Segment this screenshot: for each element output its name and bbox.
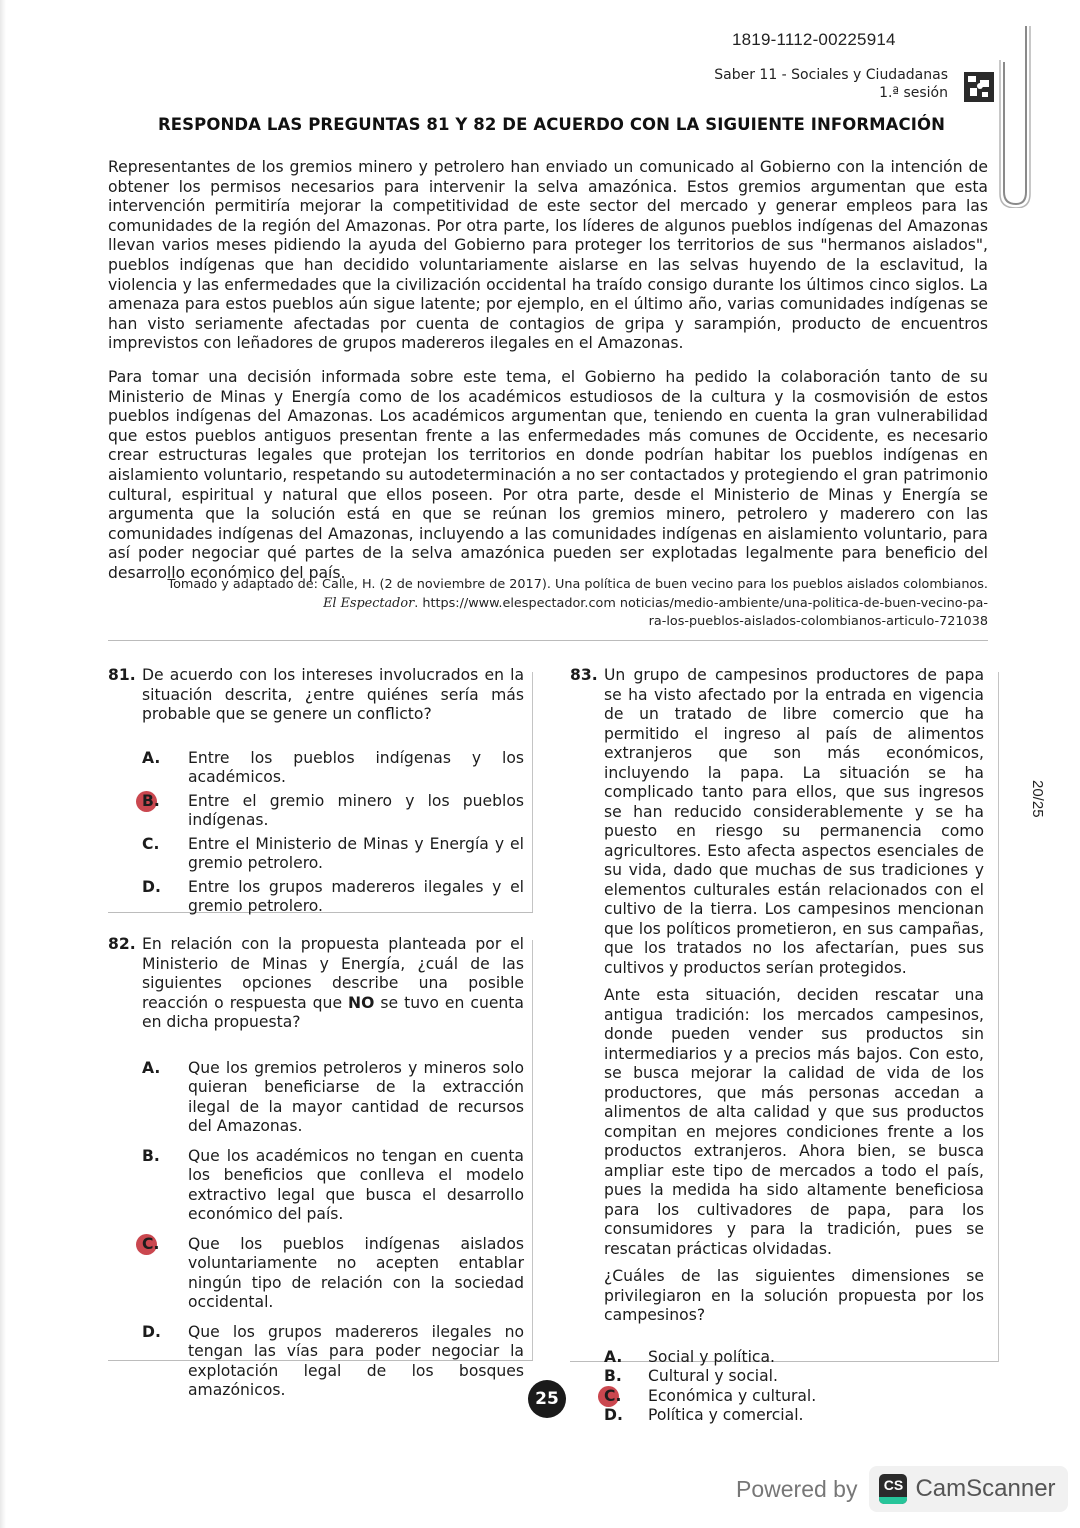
option-b[interactable]: B. Que los académicos no tengan en cuent… xyxy=(142,1147,524,1225)
question-83-context: Ante esta situación, deciden rescatar un… xyxy=(570,986,984,1259)
passage-paragraph-1: Representantes de los gremios minero y p… xyxy=(108,158,988,354)
option-letter: C. xyxy=(142,1235,188,1313)
citation-line-1: Tomado y adaptado de: Calle, H. (2 de no… xyxy=(160,576,988,595)
source-citation: Tomado y adaptado de: Calle, H. (2 de no… xyxy=(160,576,988,632)
section-divider xyxy=(108,640,988,641)
citation-line-2: El Espectador. https://www.elespectador.… xyxy=(160,595,988,614)
question-82: 82. En relación con la propuesta plantea… xyxy=(108,935,524,1405)
option-letter: A. xyxy=(142,749,188,788)
option-a[interactable]: A. Entre los pueblos indígenas y los aca… xyxy=(142,749,524,788)
option-a[interactable]: A. Que los gremios petroleros y mineros … xyxy=(142,1059,524,1137)
question-number: 83. xyxy=(570,666,604,978)
question-83-stem: 83. Un grupo de campesinos productores d… xyxy=(570,666,984,978)
question-81: 81. De acuerdo con los intereses involuc… xyxy=(108,666,524,921)
option-d[interactable]: D. Entre los grupos madereros ilegales y… xyxy=(142,878,524,917)
question-81-stem: 81. De acuerdo con los intereses involuc… xyxy=(108,666,524,725)
option-text: Que los académicos no tengan en cuenta l… xyxy=(188,1147,524,1225)
page-edge-shadow xyxy=(0,0,6,1528)
citation-line-3: ra-los-pueblos-aislados-colombianos-arti… xyxy=(160,613,988,632)
camscanner-badge: CS CamScanner xyxy=(869,1466,1067,1512)
option-text: Entre el Ministerio de Minas y Energía y… xyxy=(188,835,524,874)
question-number: 81. xyxy=(108,666,142,725)
option-letter: D. xyxy=(142,1323,188,1401)
option-text: Que los pueblos indígenas aislados volun… xyxy=(188,1235,524,1313)
watermark-powered-by: Powered by xyxy=(736,1476,857,1503)
question-text: De acuerdo con los intereses involucrado… xyxy=(142,666,524,725)
option-letter: B. xyxy=(142,792,188,831)
option-text: Entre los grupos madereros ilegales y el… xyxy=(188,878,524,917)
option-a[interactable]: A. Social y política. xyxy=(604,1348,984,1368)
option-c[interactable]: C. Entre el Ministerio de Minas y Energí… xyxy=(142,835,524,874)
option-letter: A. xyxy=(142,1059,188,1137)
option-letter: A. xyxy=(604,1348,648,1368)
scan-page-counter: 20/25 xyxy=(1029,780,1046,818)
question-83-options: A. Social y política. B. Cultural y soci… xyxy=(604,1348,984,1426)
page-number-badge: 25 xyxy=(528,1380,566,1418)
option-text: Que los gremios petroleros y mineros sol… xyxy=(188,1059,524,1137)
camscanner-watermark: Powered by CS CamScanner xyxy=(736,1466,1068,1512)
option-letter: C. xyxy=(604,1387,648,1407)
option-text: Cultural y social. xyxy=(648,1367,984,1387)
option-b-selected[interactable]: B. Entre el gremio minero y los pueblos … xyxy=(142,792,524,831)
exam-title: Saber 11 - Sociales y Ciudadanas 1.ª ses… xyxy=(714,66,948,102)
citation-url-part-1: . https://www.elespectador.com noticias/… xyxy=(414,596,988,611)
option-letter: D. xyxy=(142,878,188,917)
icfes-logo-icon xyxy=(962,68,998,106)
question-83: 83. Un grupo de campesinos productores d… xyxy=(570,666,984,1426)
question-83-prompt: ¿Cuáles de las siguientes dimensiones se… xyxy=(570,1267,984,1326)
paperclip-icon xyxy=(996,22,1036,208)
question-text-paragraph-1: Un grupo de campesinos productores de pa… xyxy=(604,666,984,978)
question-number: 82. xyxy=(108,935,142,1033)
watermark-brand: CamScanner xyxy=(915,1475,1055,1503)
option-text: Entre el gremio minero y los pueblos ind… xyxy=(188,792,524,831)
option-text: Entre los pueblos indígenas y los académ… xyxy=(188,749,524,788)
option-d[interactable]: D. Que los grupos madereros ilegales no … xyxy=(142,1323,524,1401)
option-letter: B. xyxy=(142,1147,188,1225)
passage-paragraph-2: Para tomar una decisión informada sobre … xyxy=(108,368,988,584)
option-b[interactable]: B. Cultural y social. xyxy=(604,1367,984,1387)
emphasis-no: NO xyxy=(348,994,374,1012)
option-text: Económica y cultural. xyxy=(648,1387,984,1407)
column-rule-right xyxy=(998,672,999,1362)
citation-source: El Espectador xyxy=(323,596,414,611)
question-text-paragraph-3: ¿Cuáles de las siguientes dimensiones se… xyxy=(604,1267,984,1326)
question-82-options: A. Que los gremios petroleros y mineros … xyxy=(142,1059,524,1401)
instruction-heading: RESPONDA LAS PREGUNTAS 81 Y 82 DE ACUERD… xyxy=(158,115,945,134)
option-d[interactable]: D. Política y comercial. xyxy=(604,1406,984,1426)
option-text: Social y política. xyxy=(648,1348,984,1368)
option-letter: C. xyxy=(142,835,188,874)
exam-subject: Saber 11 - Sociales y Ciudadanas xyxy=(714,66,948,84)
option-letter: B. xyxy=(604,1367,648,1387)
option-text: Que los grupos madereros ilegales no ten… xyxy=(188,1323,524,1401)
column-rule-left-q82 xyxy=(532,940,533,1360)
camscanner-logo-icon: CS xyxy=(879,1474,907,1504)
option-text: Política y comercial. xyxy=(648,1406,984,1426)
question-81-options: A. Entre los pueblos indígenas y los aca… xyxy=(142,749,524,917)
column-rule-left-q81 xyxy=(532,672,533,912)
document-code: 1819-1112-00225914 xyxy=(732,30,896,50)
option-letter: D. xyxy=(604,1406,648,1426)
question-text: En relación con la propuesta planteada p… xyxy=(142,935,524,1033)
exam-session: 1.ª sesión xyxy=(714,84,948,102)
question-text-paragraph-2: Ante esta situación, deciden rescatar un… xyxy=(604,986,984,1259)
option-c-selected[interactable]: C. Económica y cultural. xyxy=(604,1387,984,1407)
question-82-stem: 82. En relación con la propuesta plantea… xyxy=(108,935,524,1033)
option-c-selected[interactable]: C. Que los pueblos indígenas aislados vo… xyxy=(142,1235,524,1313)
